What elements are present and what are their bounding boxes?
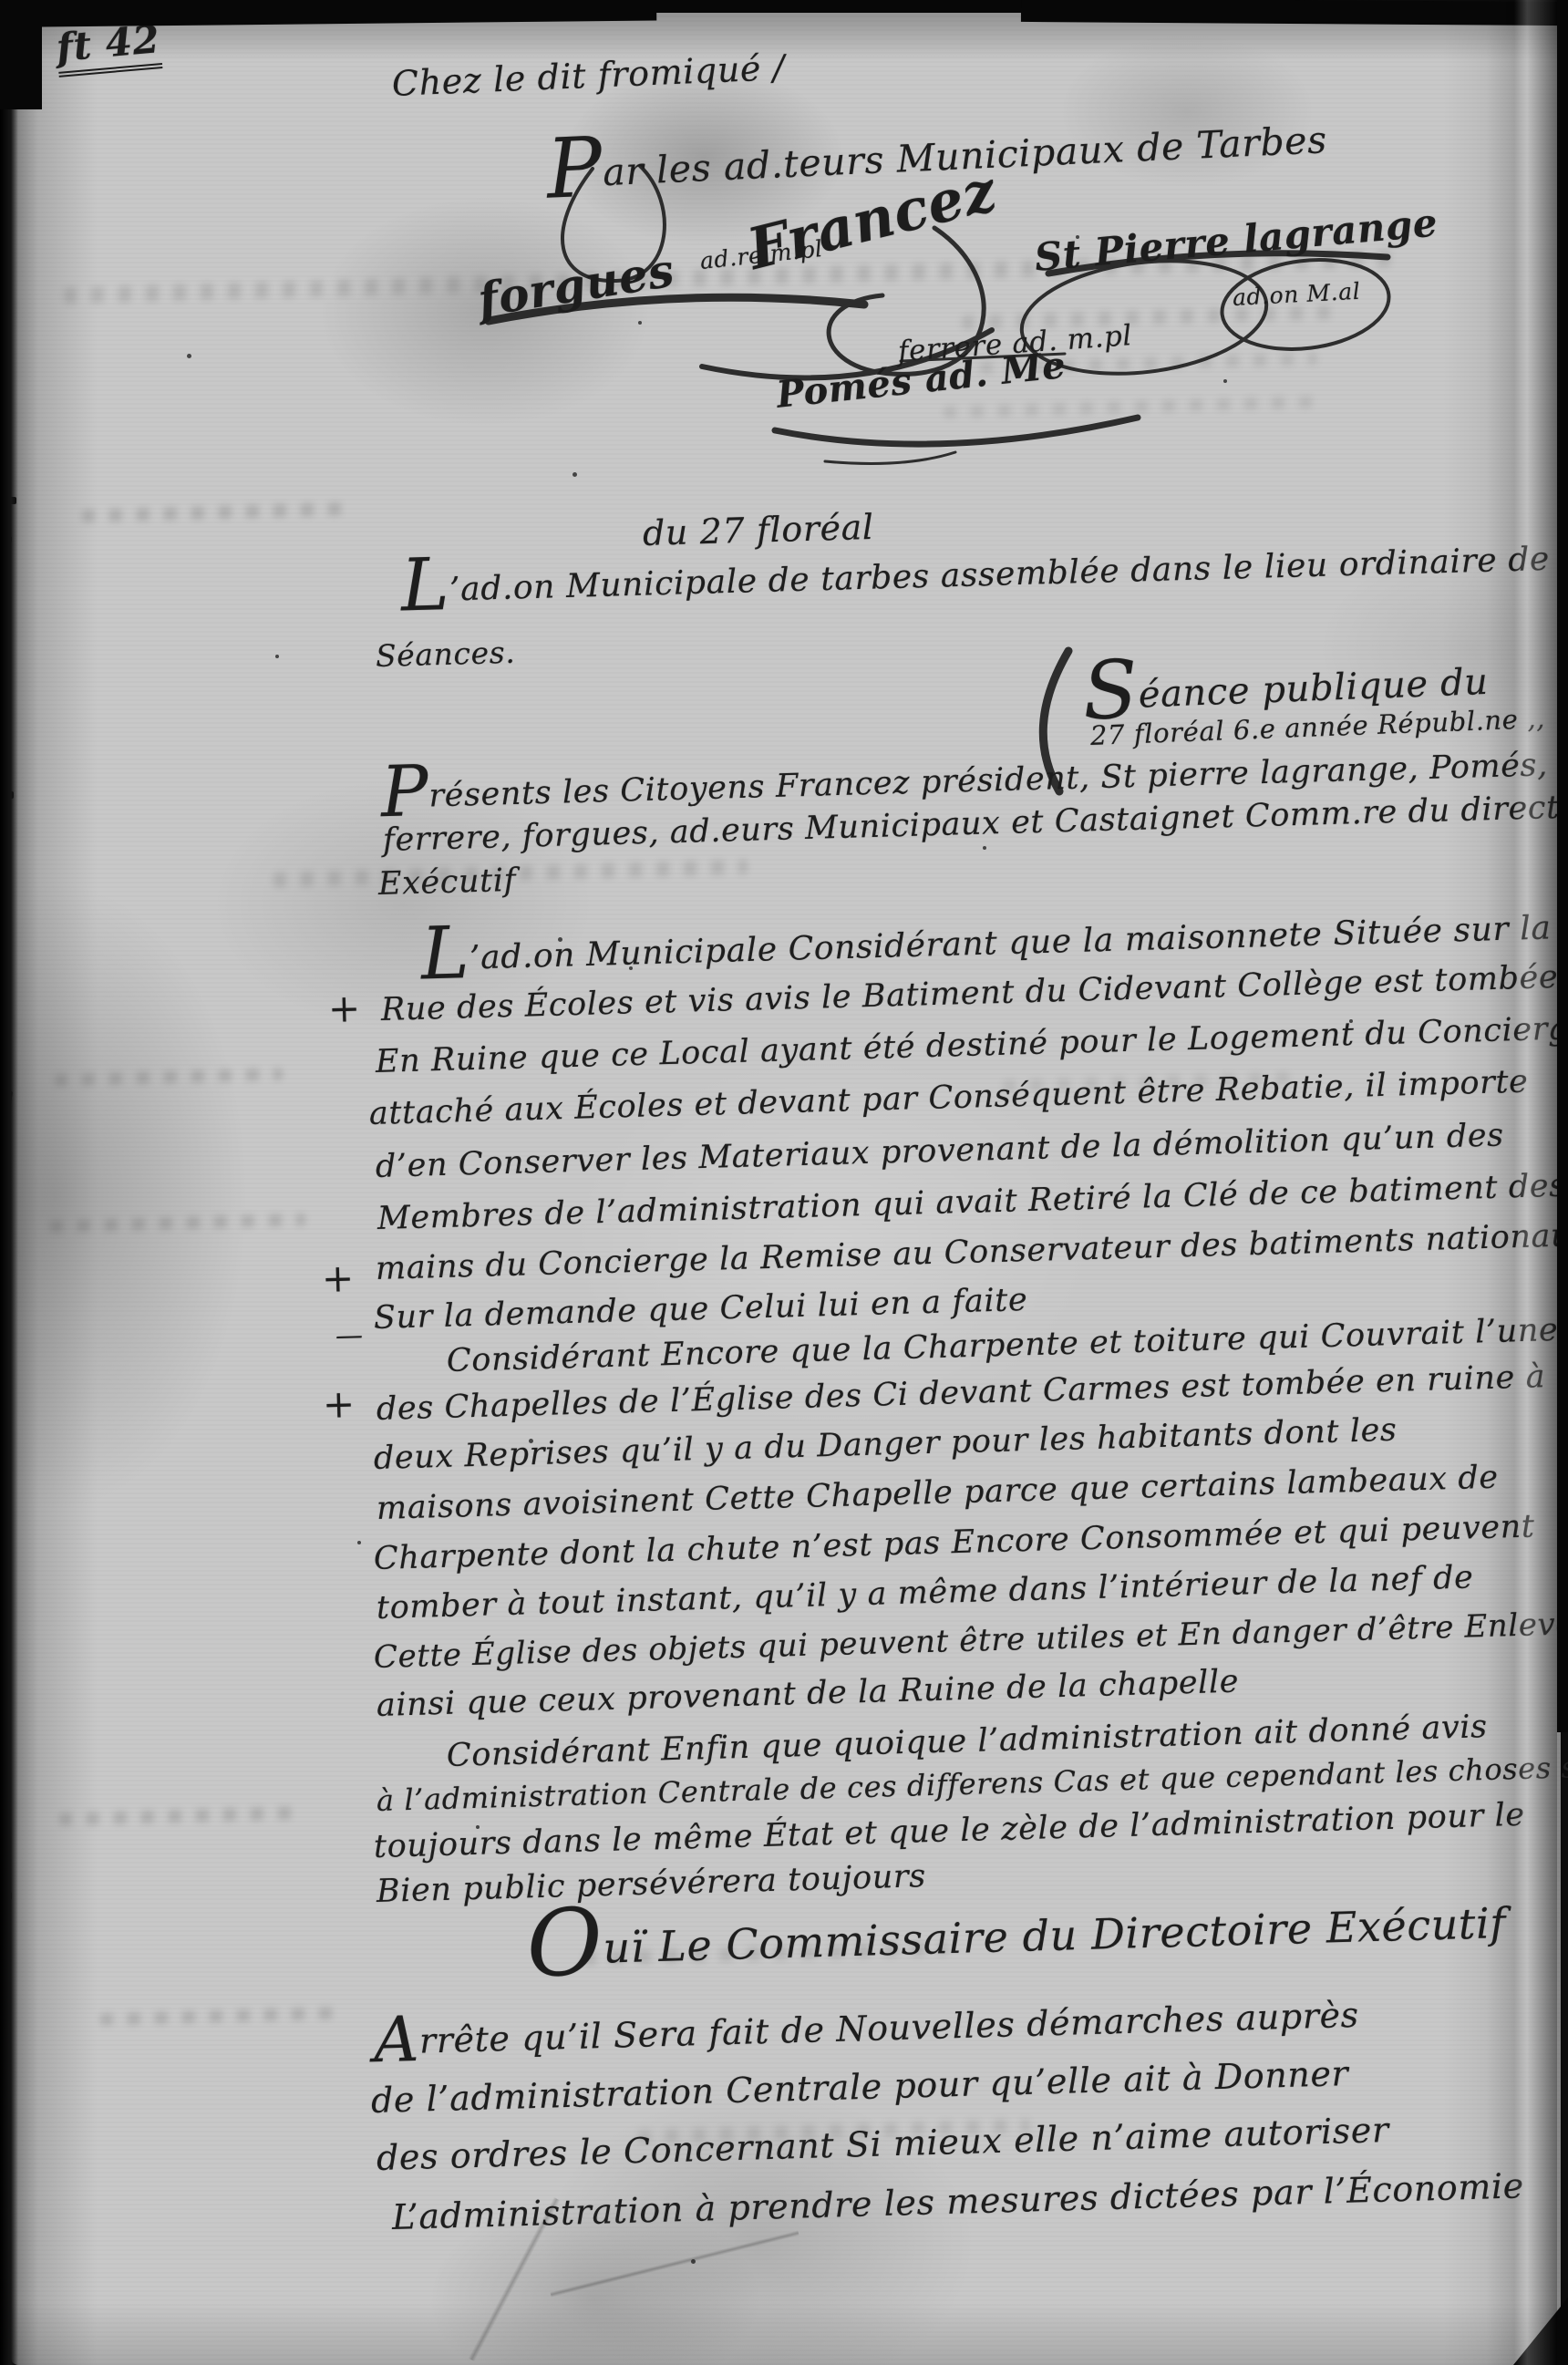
ink-speck [357, 1541, 361, 1544]
ink-speck [1349, 1019, 1353, 1023]
scanned-manuscript-page: ft 42 Chez le dit fromiqué / Par les ad.… [0, 0, 1568, 2365]
arrete-initial: A [373, 2004, 420, 2077]
margin-cross: + [321, 1255, 355, 1301]
ink-speck [476, 1825, 480, 1829]
scan-edge-top [629, 0, 1048, 13]
ink-speck [187, 354, 191, 358]
ink-speck [529, 1439, 533, 1443]
opening-initial: L [400, 542, 451, 627]
header-initial: P [544, 119, 604, 218]
margin-dash: — [335, 1319, 365, 1352]
scan-edge-left [0, 0, 18, 2365]
ink-speck [1223, 379, 1227, 383]
opening-line-2: Séances. [375, 635, 515, 674]
ink-speck [558, 937, 562, 942]
date-line: du 27 floréal [642, 507, 874, 553]
margin-cross: + [327, 986, 361, 1031]
scan-edge-right [1557, 0, 1568, 1732]
scan-edge-corner [0, 0, 42, 109]
ink-speck [573, 472, 577, 477]
ink-speck [638, 321, 642, 325]
considerant1-initial: L [420, 910, 471, 996]
page-fold-shadow [1486, 0, 1557, 2365]
oui-initial: O [525, 1888, 604, 1998]
presents-line-3: Exécutif [377, 862, 516, 903]
margin-cross: + [322, 1381, 356, 1427]
ink-speck [275, 655, 279, 658]
ink-speck [1076, 235, 1079, 239]
ink-speck [629, 966, 633, 970]
ink-speck [983, 846, 986, 850]
